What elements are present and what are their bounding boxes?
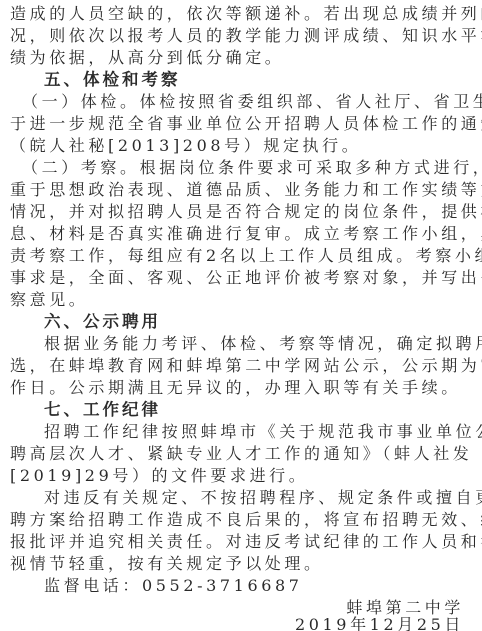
text-line: 造成的人员空缺的，依次等额递补。若出现总成绩并列的情 [10,3,482,25]
text-line: 况，则依次以报考人员的教学能力测评成绩、知识水平测试成 [10,25,482,47]
text-line: 情况，并对拟招聘人员是否符合规定的岗位条件，提供相关信 [10,201,482,223]
text-line: 报批评并追究相关责任。对违反考试纪律的工作人员和考生， [10,531,482,553]
text-line: 责考察工作，每组应有2名以上工作人员组成。考察小组要实 [10,245,482,267]
text-line: 聘方案给招聘工作造成不良后果的，将宣布招聘无效、给予通 [10,509,482,531]
text-line: 视情节轻重，按有关规定予以处理。 [10,553,324,575]
section-heading-5: 五、体检和考察 [44,69,181,91]
text-line: （皖人社秘[2013]208号）规定执行。 [10,135,361,157]
text-line: 聘高层次人才、紧缺专业人才工作的通知》（蚌人社发 [10,443,472,465]
signature-date: 2019年12月25日 [295,619,464,631]
text-line: [2019]29号）的文件要求进行。 [10,465,308,487]
section-heading-6: 六、公示聘用 [44,311,161,333]
text-line: 绩为依据，从高分到低分确定。 [10,47,284,69]
text-line: 招聘工作纪律按照蚌埠市《关于规范我市事业单位公开招 [44,421,482,443]
text-line: 息、材料是否真实准确进行复审。成立考察工作小组，具体负 [10,223,482,245]
text-line: 对违反有关规定、不按招聘程序、规定条件或擅自更改招 [44,487,482,509]
text-line: （一）体检。体检按照省委组织部、省人社厅、省卫生厅《关 [22,91,482,113]
text-line: 选，在蚌埠教育网和蚌埠第二中学网站公示，公示期为7个工 [10,355,482,377]
section-heading-7: 七、工作纪律 [44,399,161,421]
text-line: 作日。公示期满且无异议的，办理入职等有关手续。 [10,377,461,399]
text-line: 根据业务能力考评、体检、考察等情况，确定拟聘用人 [44,333,482,355]
supervision-phone: 监督电话：0552-3716687 [44,575,303,597]
text-line: 于进一步规范全省事业单位公开招聘人员体检工作的通知》 [10,113,482,135]
text-line: （二）考察。根据岗位条件要求可采取多种方式进行，主要侧 [22,157,482,179]
text-line: 察意见。 [10,289,88,311]
document-page: 造成的人员空缺的，依次等额递补。若出现总成绩并列的情 况，则依次以报考人员的教学… [0,0,482,631]
text-line: 重于思想政治表现、道德品质、业务能力和工作实绩等方面的 [10,179,482,201]
text-line: 事求是，全面、客观、公正地评价被考察对象，并写出书面考 [10,267,482,289]
